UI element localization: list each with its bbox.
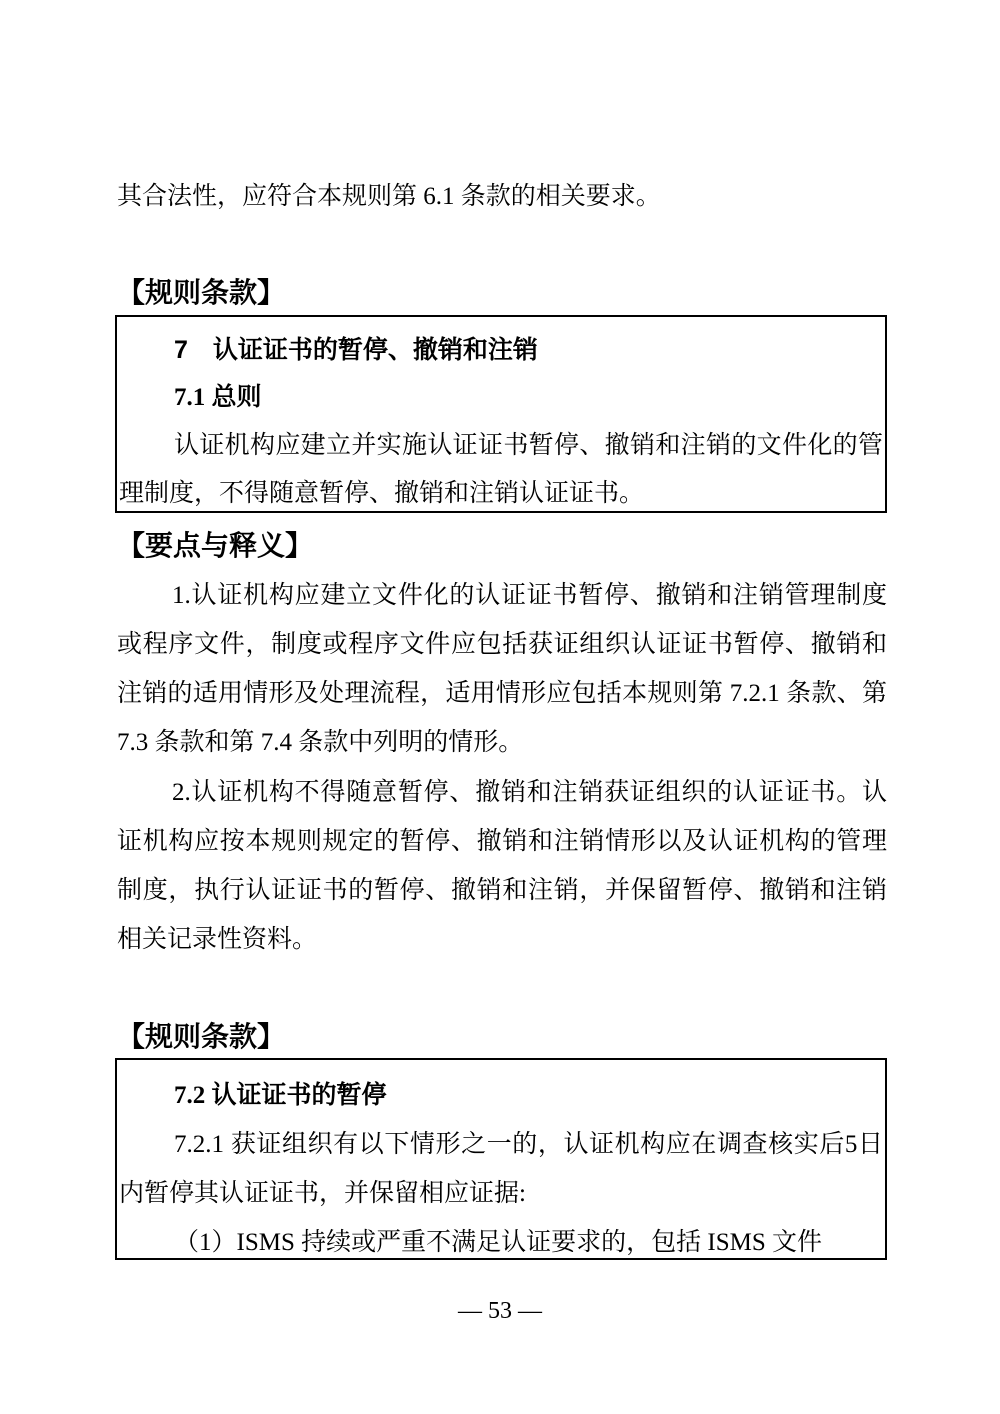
notes-paragraph-1: 1.认证机构应建立文件化的认证证书暂停、撤销和注销管理制度或程序文件，制度或程序… (117, 571, 887, 767)
document-page: 其合法性，应符合本规则第 6.1 条款的相关要求。 【规则条款】 7 认证证书的… (0, 0, 1000, 1414)
notes-section-heading: 【要点与释义】 (117, 521, 887, 570)
notes-paragraph-2: 2.认证机构不得随意暂停、撤销和注销获证组织的认证证书。认证机构应按本规则规定的… (117, 768, 887, 964)
clause-7-1-body: 认证机构应建立并实施认证证书暂停、撤销和注销的文件化的管理制度，不得随意暂停、撤… (119, 422, 883, 518)
rule-box-chapter-7: 7 认证证书的暂停、撤销和注销 7.1 总则 认证机构应建立并实施认证证书暂停、… (115, 315, 887, 513)
rule-box-clause-7-2: 7.2 认证证书的暂停 7.2.1 获证组织有以下情形之一的，认证机构应在调查核… (115, 1058, 887, 1260)
chapter-7-heading: 7 认证证书的暂停、撤销和注销 (119, 326, 883, 374)
clause-7-2-1-item-1: （1）ISMS 持续或严重不满足认证要求的，包括 ISMS 文件 (119, 1218, 883, 1267)
rule-section-1-heading: 【规则条款】 (117, 268, 887, 317)
clause-7-2-1-paragraph: 7.2.1 获证组织有以下情形之一的，认证机构应在调查核实后5日内暂停其认证证书… (119, 1120, 883, 1218)
page-number: — 53 — (0, 1296, 1000, 1326)
clause-7-1-heading: 7.1 总则 (119, 374, 883, 422)
rule-section-2-heading: 【规则条款】 (117, 1012, 887, 1061)
clause-7-2-heading: 7.2 认证证书的暂停 (119, 1071, 883, 1120)
intro-line: 其合法性，应符合本规则第 6.1 条款的相关要求。 (117, 172, 887, 221)
